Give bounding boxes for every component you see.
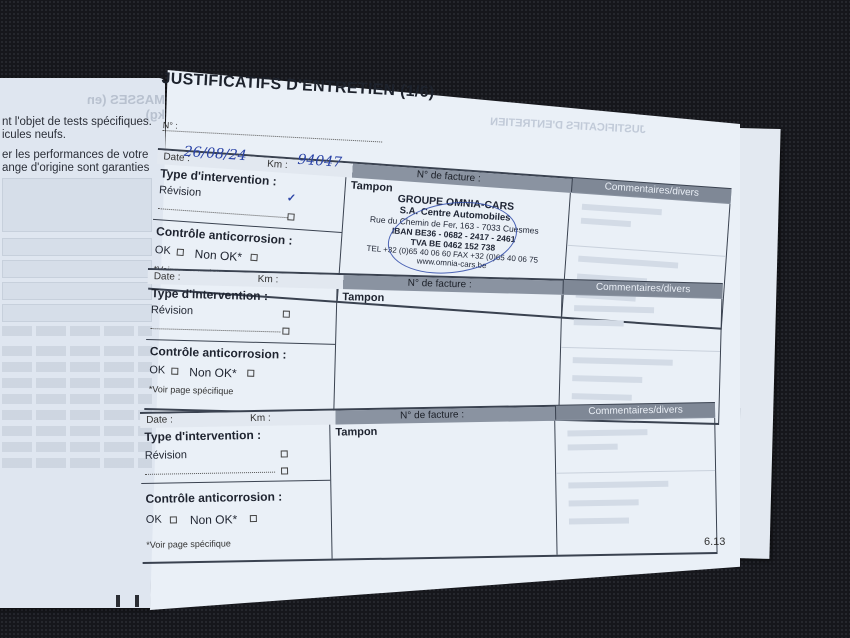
spine-mark — [116, 595, 120, 607]
ghost-text — [567, 429, 647, 436]
spine-mark — [135, 595, 139, 607]
date-label: Date : — [154, 271, 181, 283]
km-label: Km : — [258, 274, 279, 286]
intervention-type-box: Type d'intervention : Révision — [140, 425, 330, 484]
invoice-label: N° de facture : — [400, 409, 464, 421]
stamp-column[interactable]: Tampon — [334, 289, 562, 419]
ghost-text — [582, 204, 662, 216]
ghost-text — [568, 444, 618, 451]
ghost-text — [2, 426, 152, 436]
date-label: Date : — [146, 414, 173, 425]
stamp-label: Tampon — [342, 291, 384, 304]
ghost-row — [2, 304, 152, 322]
comments-header: Commentaires/divers — [555, 403, 715, 420]
anticorrosion-label: Contrôle anticorrosion : — [150, 344, 287, 362]
invoice-label: N° de facture : — [408, 278, 472, 291]
ghost-text — [574, 319, 624, 326]
left-text-line: ange d'origine sont garanties — [2, 162, 149, 174]
see-page-note: *Voir page spécifique — [149, 384, 234, 396]
ghost-text — [2, 442, 152, 452]
not-ok-checkbox[interactable] — [247, 370, 254, 377]
ghost-separator — [556, 470, 715, 474]
intervention-type-box: Type d'intervention : Révision ✓ — [153, 164, 345, 233]
ghost-text — [2, 458, 152, 468]
ghost-separator — [561, 347, 720, 352]
ghost-text — [572, 375, 642, 383]
intervention-column: Type d'intervention : Révision Contrôle … — [140, 425, 332, 562]
ghost-text — [2, 378, 152, 388]
ghost-row — [2, 282, 152, 300]
revision-label: Révision — [145, 449, 187, 462]
ok-label: OK — [149, 364, 165, 376]
intervention-column: Type d'intervention : Révision Contrôle … — [144, 284, 337, 413]
left-text-line: icules neufs. — [2, 129, 66, 141]
page-number: 6.13 — [704, 536, 725, 548]
ok-checkbox[interactable] — [177, 249, 184, 256]
revision-label: Révision — [151, 304, 193, 317]
ghost-text — [568, 481, 668, 489]
ghost-text — [2, 346, 152, 356]
not-ok-label: Non OK* — [189, 365, 237, 380]
ghost-separator — [567, 245, 726, 257]
ghost-text — [2, 326, 152, 336]
ghost-text — [569, 517, 629, 524]
revision-label: Révision — [159, 184, 202, 199]
km-value[interactable]: 94047 — [297, 152, 343, 171]
ok-label: OK — [146, 514, 162, 526]
left-page: MASSES (en kg) nt l'objet de tests spéci… — [0, 78, 165, 608]
maintenance-entry-3: Date : Km : N° de facture : Commentaires… — [140, 402, 718, 564]
anticorrosion-label: Contrôle anticorrosion : — [145, 490, 282, 506]
comments-column[interactable] — [555, 418, 717, 555]
not-ok-label: Non OK* — [190, 512, 238, 527]
not-ok-checkbox[interactable] — [250, 515, 257, 522]
left-text-line: nt l'objet de tests spécifiques. — [2, 116, 152, 128]
left-text-line: er les performances de votre — [2, 149, 148, 161]
ghost-table — [2, 178, 152, 232]
ghost-row — [2, 260, 152, 278]
stamp-label: Tampon — [335, 426, 377, 439]
ghost-text — [2, 410, 152, 420]
ghost-text — [572, 393, 632, 401]
ok-checkbox[interactable] — [171, 368, 178, 375]
km-label: Km : — [267, 159, 288, 171]
ghost-text — [578, 256, 678, 269]
ghost-row — [2, 238, 152, 256]
vin-label: N° : — [162, 120, 178, 131]
revision-checkbox-checked[interactable]: ✓ — [286, 191, 296, 205]
revision-checkbox[interactable] — [283, 311, 290, 318]
ghost-text — [569, 499, 639, 506]
intervention-type-label: Type d'intervention : — [151, 286, 268, 303]
not-ok-checkbox[interactable] — [250, 254, 257, 261]
intervention-type-box: Type d'intervention : Révision — [146, 284, 336, 345]
ok-label: OK — [154, 244, 171, 257]
ghost-text — [573, 357, 673, 366]
ghost-text — [2, 362, 152, 372]
maintenance-entry-2: Date : Km : N° de facture : Commentaires… — [144, 268, 723, 425]
ok-checkbox[interactable] — [170, 516, 177, 523]
other-intervention-line[interactable] — [150, 328, 280, 332]
ghost-text — [581, 218, 631, 227]
other-intervention-checkbox[interactable] — [281, 467, 288, 474]
other-intervention-checkbox[interactable] — [287, 213, 294, 220]
intervention-type-label: Type d'intervention : — [144, 428, 261, 444]
other-intervention-line[interactable] — [145, 472, 275, 475]
see-page-note: *Voir page spécifique — [146, 538, 231, 549]
not-ok-label: Non OK* — [194, 247, 242, 264]
other-intervention-checkbox[interactable] — [282, 328, 289, 335]
other-intervention-line[interactable] — [158, 208, 288, 218]
km-label: Km : — [250, 413, 271, 424]
stamp-column[interactable]: Tampon — [330, 421, 557, 559]
ghost-text — [574, 305, 654, 313]
revision-checkbox[interactable] — [281, 450, 288, 457]
ghost-text — [2, 394, 152, 404]
